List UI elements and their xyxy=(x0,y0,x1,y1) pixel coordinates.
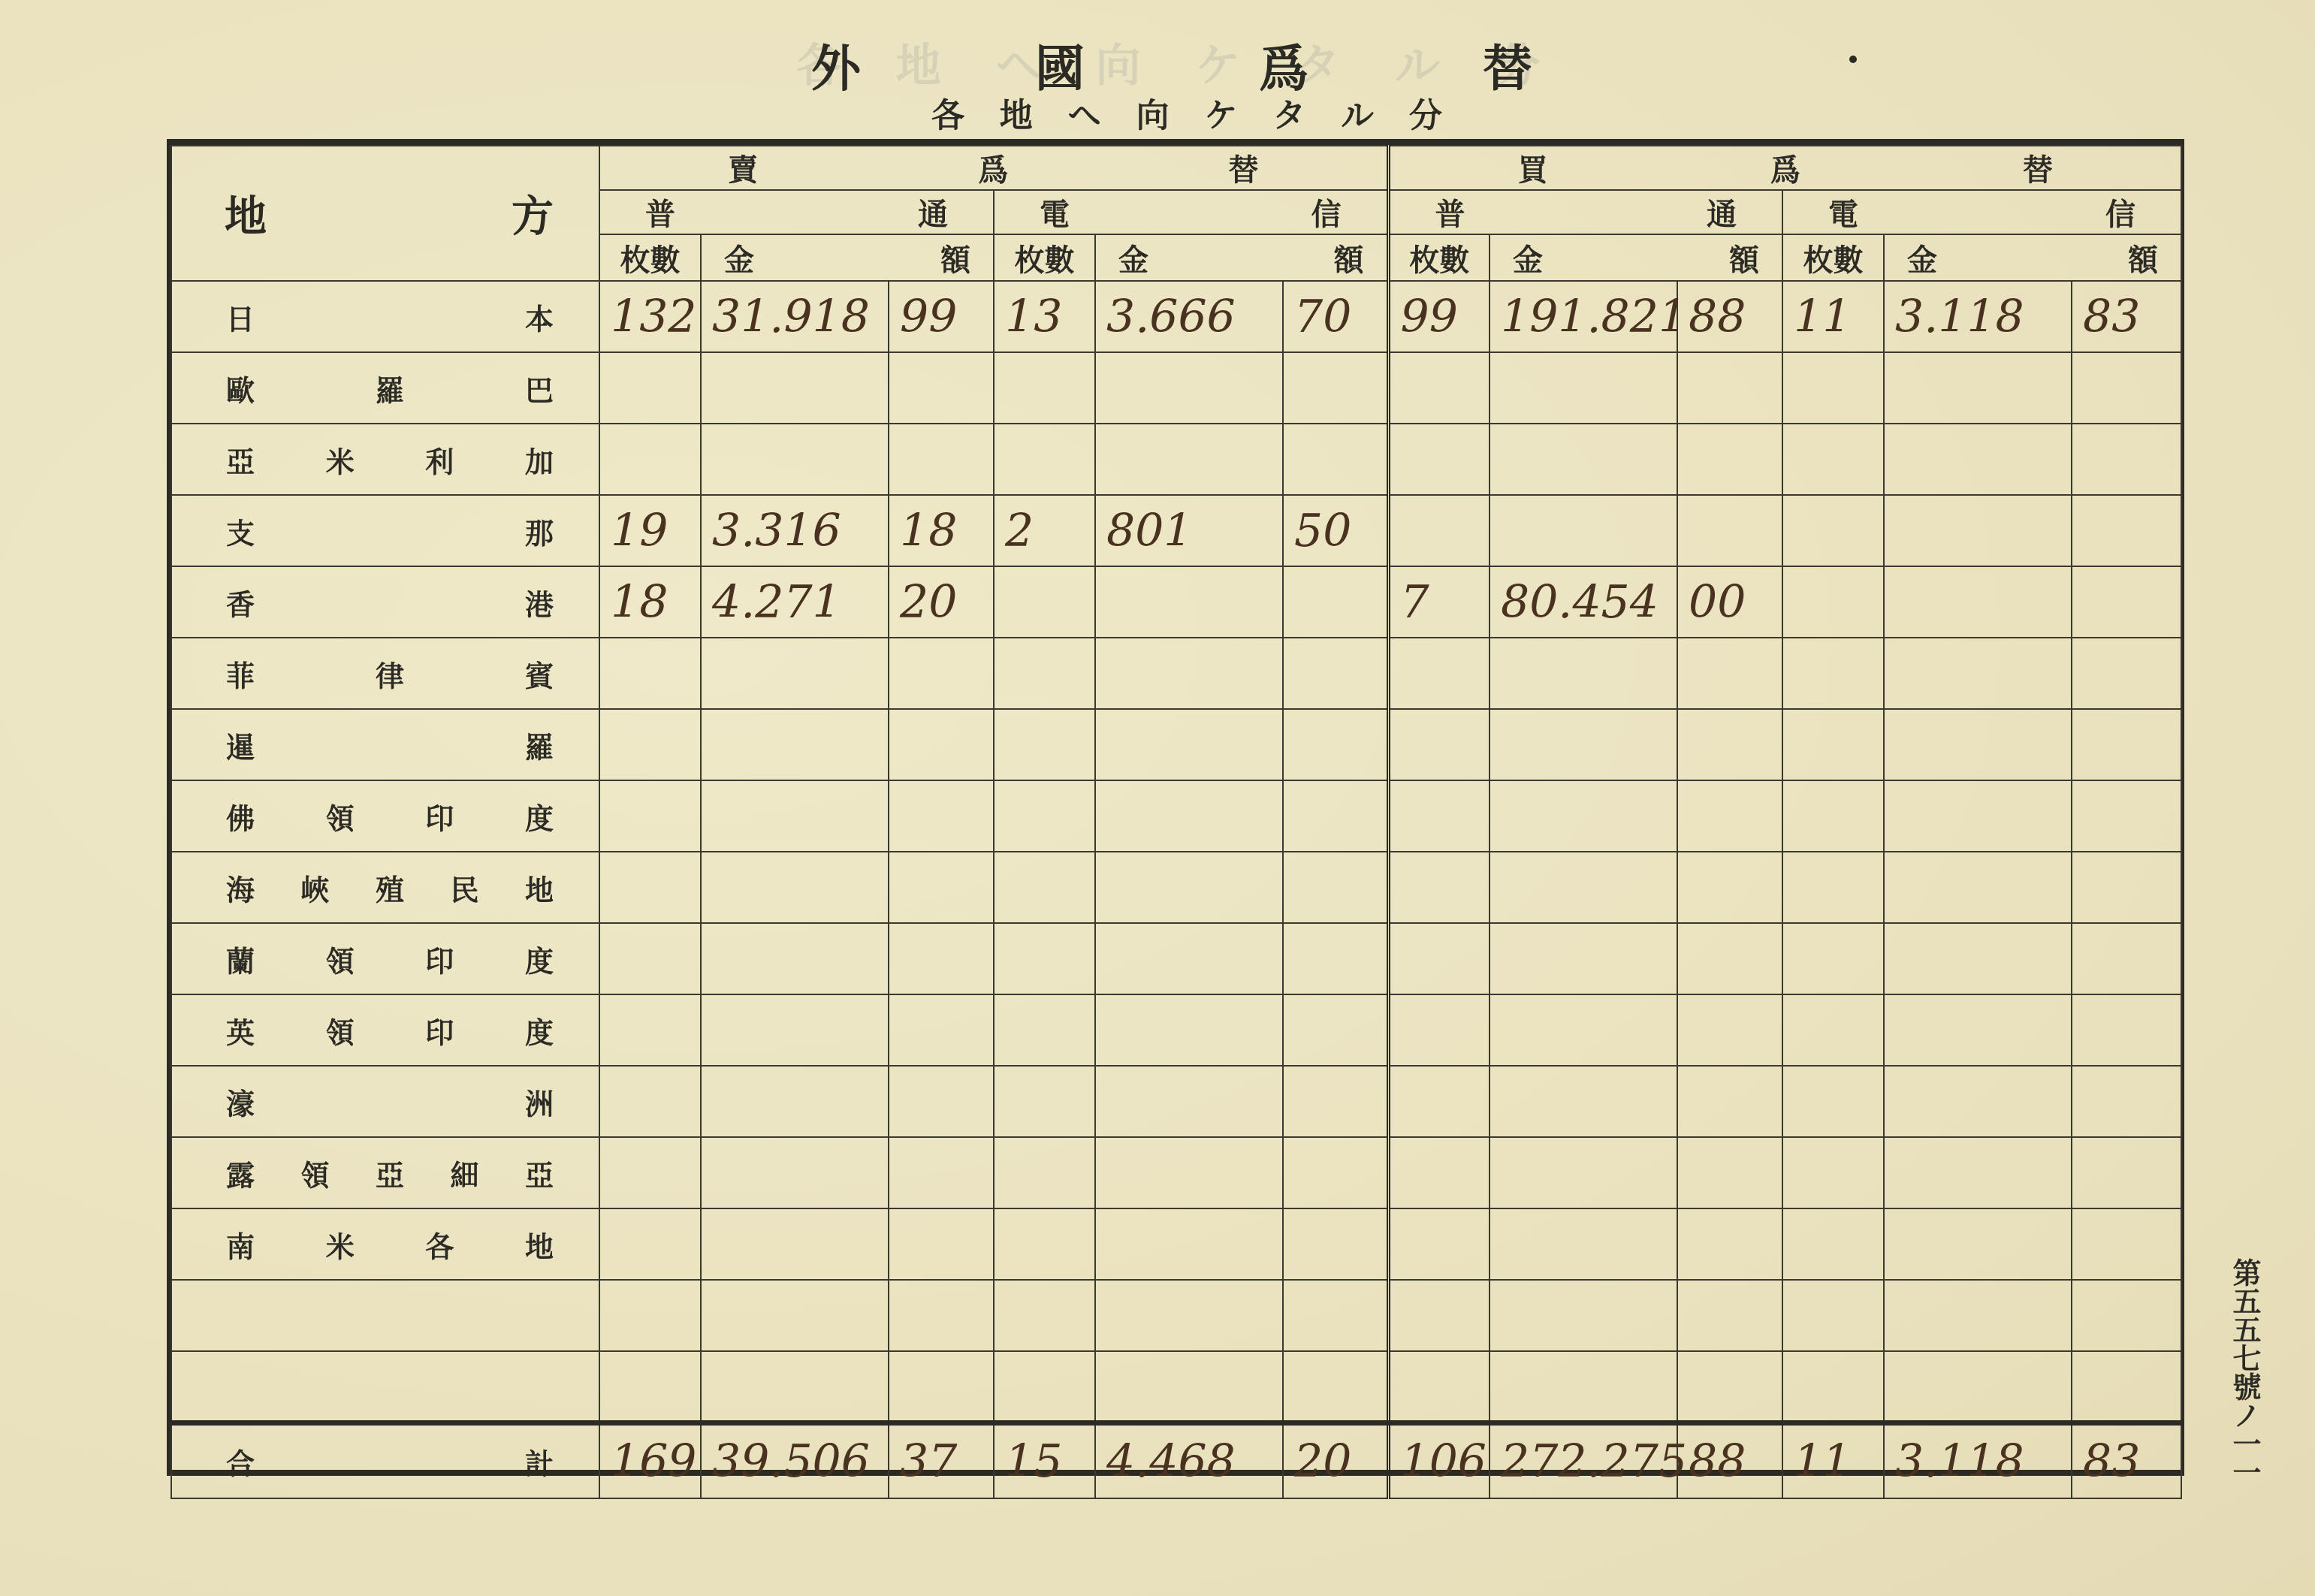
buy-tel-sen-cell xyxy=(2072,566,2181,638)
region-name-char: 領 xyxy=(326,795,355,837)
sell-ord-yen-cell: 3.316 xyxy=(701,495,889,566)
buy-ord-count-cell xyxy=(1388,1137,1490,1208)
sell-tel-yen-cell xyxy=(1095,780,1283,852)
buy-tel-count-cell: 11 xyxy=(1782,1423,1884,1498)
buy-ord-sen-cell xyxy=(1677,1280,1782,1351)
region-name-char: 領 xyxy=(326,938,355,979)
amount-header-char: 金 xyxy=(1513,237,1543,279)
buy-ord-sen-cell xyxy=(1677,1351,1782,1423)
region-name: 香港 xyxy=(172,581,599,623)
buy-ord-yen-cell xyxy=(1490,495,1677,566)
region-name-char: 巴 xyxy=(525,367,554,409)
sell-ord-sen-cell xyxy=(889,923,994,994)
amount-header-label: 金額 xyxy=(1096,237,1387,279)
sell-exchange-header: 賣爲替 xyxy=(599,146,1388,190)
buy-tel-count-cell xyxy=(1782,1280,1884,1351)
region-name-char: 露 xyxy=(226,1152,255,1193)
sell-ord-count-cell xyxy=(599,780,701,852)
sell-tel-count-cell xyxy=(994,1208,1095,1280)
region-name-char: 洲 xyxy=(525,1081,554,1122)
region-name-char: 南 xyxy=(226,1223,255,1265)
sell-ord-yen-cell: 39.506 xyxy=(701,1423,889,1498)
region-name-char: 計 xyxy=(525,1441,554,1482)
region-name-char: 領 xyxy=(300,1152,329,1193)
buy-ord-sen-cell: 88 xyxy=(1677,1423,1782,1498)
buy-tel-yen-cell xyxy=(1884,1066,2072,1137)
region-name-char: 英 xyxy=(226,1009,255,1051)
count-column-header: 枚數 xyxy=(599,234,701,281)
buy-tel-count-cell xyxy=(1782,1351,1884,1423)
region-name-char: 日 xyxy=(226,296,255,337)
sell-tel-yen-cell xyxy=(1095,1351,1283,1423)
buy-ord-sen-cell xyxy=(1677,780,1782,852)
buy-ord-count-cell xyxy=(1388,780,1490,852)
ink-dot xyxy=(1849,56,1857,63)
region-name-char: 亞 xyxy=(226,439,255,480)
buy-tel-sen-cell xyxy=(2072,1351,2181,1423)
amount-header-label: 金額 xyxy=(702,237,993,279)
buy-ordinary-header: 普通 xyxy=(1388,190,1782,234)
sell-ord-sen-cell xyxy=(889,352,994,424)
sell-ord-yen-cell xyxy=(701,1066,889,1137)
region-name-char: 濠 xyxy=(226,1081,255,1122)
buy-ord-sen-cell xyxy=(1677,1137,1782,1208)
buy-ord-yen-cell xyxy=(1490,852,1677,923)
buy-ord-count-cell xyxy=(1388,1280,1490,1351)
subgroup-header-char: 普 xyxy=(645,191,675,234)
buy-tel-sen-cell xyxy=(2072,709,2181,780)
region-name-cell: 合計 xyxy=(171,1423,599,1498)
buy-tel-sen-cell xyxy=(2072,1137,2181,1208)
region-name-char: 羅 xyxy=(376,367,404,409)
region-name-char: 各 xyxy=(425,1223,454,1265)
region-name-char: 細 xyxy=(450,1152,478,1193)
amount-header-label: 金額 xyxy=(1885,237,2181,279)
sell-ord-yen-cell xyxy=(701,638,889,709)
region-name-cell: 支那 xyxy=(171,495,599,566)
buy-tel-sen-cell xyxy=(2072,994,2181,1066)
buy-exchange-header: 買爲替 xyxy=(1388,146,2181,190)
buy-tel-sen-cell xyxy=(2072,852,2181,923)
table-row: 支那193.31618280150 xyxy=(171,495,2181,566)
region-name-cell: 暹羅 xyxy=(171,709,599,780)
sell-tel-sen-cell xyxy=(1283,566,1388,638)
sell-tel-yen-cell xyxy=(1095,566,1283,638)
buy-tel-count-cell xyxy=(1782,495,1884,566)
buy-tel-sen-cell xyxy=(2072,638,2181,709)
buy-tel-yen-cell xyxy=(1884,994,2072,1066)
region-name-char: 領 xyxy=(326,1009,355,1051)
buy-tel-count-cell xyxy=(1782,352,1884,424)
sell-tel-count-cell: 15 xyxy=(994,1423,1095,1498)
sell-tel-yen-cell xyxy=(1095,1066,1283,1137)
group-header-char: 賣 xyxy=(728,146,758,189)
buy-ord-sen-cell xyxy=(1677,923,1782,994)
region-name-char: 合 xyxy=(226,1441,255,1482)
region-name-char: 香 xyxy=(226,581,255,623)
buy-ord-yen-cell xyxy=(1490,1137,1677,1208)
region-name: 支那 xyxy=(172,510,599,551)
table-row: 南米各地 xyxy=(171,1208,2181,1280)
region-name-char: 菲 xyxy=(226,653,255,694)
buy-ord-sen-cell xyxy=(1677,352,1782,424)
amount-column-header: 金額 xyxy=(1095,234,1388,281)
sell-tel-yen-cell xyxy=(1095,923,1283,994)
sell-ord-count-cell xyxy=(599,852,701,923)
sell-tel-sen-cell xyxy=(1283,1208,1388,1280)
subgroup-header-char: 普 xyxy=(1435,191,1465,234)
region-name-char: 米 xyxy=(326,439,355,480)
buy-tel-sen-cell xyxy=(2072,1208,2181,1280)
sell-ord-count-cell: 132 xyxy=(599,281,701,352)
group-header-char: 替 xyxy=(2023,146,2053,189)
buy-ord-sen-cell xyxy=(1677,638,1782,709)
buy-ord-yen-cell xyxy=(1490,352,1677,424)
sell-tel-yen-cell xyxy=(1095,1137,1283,1208)
subtitle-char: 各 xyxy=(931,89,964,137)
buy-ord-yen-cell xyxy=(1490,638,1677,709)
table-row: 濠洲 xyxy=(171,1066,2181,1137)
table-row: 英領印度 xyxy=(171,994,2181,1066)
region-name-char: 那 xyxy=(525,510,554,551)
sell-ord-sen-cell xyxy=(889,1137,994,1208)
sell-ord-sen-cell: 99 xyxy=(889,281,994,352)
region-header-char: 地 xyxy=(225,183,267,243)
subtitle-char: ケ xyxy=(1204,89,1237,137)
region-name-char: 佛 xyxy=(226,795,255,837)
region-header-char: 方 xyxy=(512,183,554,243)
sell-ord-sen-cell xyxy=(889,1066,994,1137)
sell-ord-count-cell xyxy=(599,1351,701,1423)
buy-tel-sen-cell xyxy=(2072,352,2181,424)
sell-tel-yen-cell xyxy=(1095,638,1283,709)
subgroup-header-char: 電 xyxy=(1828,191,1858,234)
buy-tel-count-cell xyxy=(1782,1137,1884,1208)
sell-ord-yen-cell xyxy=(701,709,889,780)
amount-header-char: 金 xyxy=(1907,237,1937,279)
region-name-char: 殖 xyxy=(376,867,404,908)
sell-tel-yen-cell xyxy=(1095,709,1283,780)
region-name: 暹羅 xyxy=(172,724,599,765)
amount-header-char: 額 xyxy=(1729,237,1759,279)
buy-tel-yen-cell xyxy=(1884,1208,2072,1280)
exchange-table: 地方 賣爲替 買爲替 普通 電信 普通 電信 枚數金額枚數金額枚數金額枚數金額 … xyxy=(171,145,2182,1499)
region-name-char: 賓 xyxy=(525,653,554,694)
buy-tel-count-cell: 11 xyxy=(1782,281,1884,352)
subtitle-char: 地 xyxy=(1000,89,1033,137)
sell-tel-sen-cell xyxy=(1283,638,1388,709)
table-row: 歐羅巴 xyxy=(171,352,2181,424)
buy-ord-count-cell xyxy=(1388,994,1490,1066)
sell-ord-count-cell xyxy=(599,709,701,780)
subgroup-header-char: 電 xyxy=(1040,191,1070,234)
region-name-char: 亞 xyxy=(525,1152,554,1193)
subtitle-char: へ xyxy=(1068,89,1101,137)
sell-ord-yen-cell xyxy=(701,1208,889,1280)
page-subtitle: 各地へ向ケタル分 xyxy=(931,89,1442,137)
sell-tel-count-cell xyxy=(994,1351,1095,1423)
buy-ord-yen-cell: 191.821 xyxy=(1490,281,1677,352)
sell-tel-yen-cell xyxy=(1095,1208,1283,1280)
count-column-header: 枚數 xyxy=(994,234,1095,281)
amount-header-char: 額 xyxy=(2128,237,2158,279)
sell-ord-yen-cell xyxy=(701,424,889,495)
region-name: 蘭領印度 xyxy=(172,938,599,979)
buy-tel-count-cell xyxy=(1782,1066,1884,1137)
sell-tel-count-cell xyxy=(994,994,1095,1066)
region-name-char: 峽 xyxy=(300,867,329,908)
buy-ord-sen-cell xyxy=(1677,424,1782,495)
sell-ord-sen-cell xyxy=(889,852,994,923)
sell-tel-yen-cell xyxy=(1095,424,1283,495)
region-name-cell: 海峽殖民地 xyxy=(171,852,599,923)
sell-ord-count-cell xyxy=(599,1066,701,1137)
sell-ord-yen-cell xyxy=(701,852,889,923)
buy-ord-count-cell xyxy=(1388,495,1490,566)
region-name-char: 度 xyxy=(525,795,554,837)
buy-tel-yen-cell: 3.118 xyxy=(1884,1423,2072,1498)
region-name-char: 律 xyxy=(376,653,404,694)
sell-ord-count-cell: 169 xyxy=(599,1423,701,1498)
buy-tel-sen-cell xyxy=(2072,495,2181,566)
sell-tel-sen-cell xyxy=(1283,424,1388,495)
region-name-char: 利 xyxy=(425,439,454,480)
table-row: 露領亞細亞 xyxy=(171,1137,2181,1208)
region-name-char: 地 xyxy=(525,1223,554,1265)
buy-tel-count-cell xyxy=(1782,709,1884,780)
region-name-cell: 歐羅巴 xyxy=(171,352,599,424)
region-name-cell: 南米各地 xyxy=(171,1208,599,1280)
region-name-cell xyxy=(171,1351,599,1423)
sell-tel-count-cell xyxy=(994,780,1095,852)
buy-ord-count-cell: 7 xyxy=(1388,566,1490,638)
buy-tel-count-cell xyxy=(1782,852,1884,923)
buy-ord-count-cell xyxy=(1388,1351,1490,1423)
sell-tel-sen-cell xyxy=(1283,852,1388,923)
region-name: 濠洲 xyxy=(172,1081,599,1122)
buy-ord-count-cell xyxy=(1388,352,1490,424)
buy-ord-sen-cell: 88 xyxy=(1677,281,1782,352)
sell-tel-yen-cell: 801 xyxy=(1095,495,1283,566)
buy-ord-sen-cell xyxy=(1677,994,1782,1066)
sell-tel-sen-cell: 20 xyxy=(1283,1423,1388,1498)
sell-tel-count-cell xyxy=(994,352,1095,424)
buy-ord-count-cell xyxy=(1388,1066,1490,1137)
region-name-char: 民 xyxy=(450,867,478,908)
sell-ord-sen-cell: 20 xyxy=(889,566,994,638)
buy-tel-sen-cell: 83 xyxy=(2072,1423,2181,1498)
buy-ord-count-cell: 99 xyxy=(1388,281,1490,352)
region-name-cell: 露領亞細亞 xyxy=(171,1137,599,1208)
region-name-cell: 日本 xyxy=(171,281,599,352)
subgroup-header-char: 信 xyxy=(2105,191,2135,234)
region-name: 日本 xyxy=(172,296,599,337)
sell-tel-count-cell xyxy=(994,424,1095,495)
sell-ord-count-cell xyxy=(599,1208,701,1280)
sell-ord-count-cell xyxy=(599,638,701,709)
region-name: 露領亞細亞 xyxy=(172,1152,599,1193)
sell-ord-count-cell xyxy=(599,352,701,424)
region-name-char: 印 xyxy=(425,795,454,837)
table-row xyxy=(171,1351,2181,1423)
sell-tel-count-cell xyxy=(994,638,1095,709)
amount-header-char: 額 xyxy=(940,237,970,279)
amount-header-char: 金 xyxy=(1118,237,1148,279)
amount-header-char: 金 xyxy=(724,237,754,279)
region-name: 合計 xyxy=(172,1441,599,1482)
sell-ord-sen-cell xyxy=(889,1280,994,1351)
sell-ord-yen-cell xyxy=(701,994,889,1066)
sell-tel-sen-cell xyxy=(1283,780,1388,852)
sell-ord-count-cell xyxy=(599,923,701,994)
buy-ord-sen-cell xyxy=(1677,1066,1782,1137)
count-column-header: 枚數 xyxy=(1388,234,1490,281)
sell-tel-yen-cell: 4.468 xyxy=(1095,1423,1283,1498)
region-name: 海峽殖民地 xyxy=(172,867,599,908)
region-name-cell: 亞米利加 xyxy=(171,424,599,495)
sell-ord-sen-cell xyxy=(889,780,994,852)
sell-ord-yen-cell xyxy=(701,1351,889,1423)
subgroup-header-char: 通 xyxy=(918,191,948,234)
buy-tel-count-cell xyxy=(1782,638,1884,709)
sell-ord-yen-cell xyxy=(701,1280,889,1351)
buy-tel-count-cell xyxy=(1782,923,1884,994)
sell-tel-count-cell: 13 xyxy=(994,281,1095,352)
buy-tel-count-cell xyxy=(1782,566,1884,638)
buy-tel-sen-cell xyxy=(2072,424,2181,495)
buy-tel-yen-cell xyxy=(1884,780,2072,852)
buy-ord-yen-cell xyxy=(1490,994,1677,1066)
buy-ord-yen-cell xyxy=(1490,424,1677,495)
buy-ord-yen-cell xyxy=(1490,1280,1677,1351)
buy-ord-yen-cell xyxy=(1490,1066,1677,1137)
buy-tel-yen-cell xyxy=(1884,638,2072,709)
region-name-char: 加 xyxy=(525,439,554,480)
buy-ord-count-cell xyxy=(1388,852,1490,923)
buy-ord-yen-cell xyxy=(1490,1351,1677,1423)
table-row: 佛領印度 xyxy=(171,780,2181,852)
sell-tel-yen-cell xyxy=(1095,352,1283,424)
buy-tel-yen-cell xyxy=(1884,852,2072,923)
buy-ord-yen-cell xyxy=(1490,923,1677,994)
amount-header-char: 額 xyxy=(1334,237,1364,279)
buy-tel-yen-cell xyxy=(1884,1280,2072,1351)
amount-header-label: 金額 xyxy=(1490,237,1782,279)
sell-tel-yen-cell xyxy=(1095,1280,1283,1351)
buy-ord-count-cell xyxy=(1388,638,1490,709)
title-char: 替 xyxy=(1483,29,1532,100)
region-name-cell xyxy=(171,1280,599,1351)
region-name-char: 亞 xyxy=(376,1152,404,1193)
sell-ord-count-cell: 19 xyxy=(599,495,701,566)
sell-ord-yen-cell xyxy=(701,923,889,994)
buy-tel-sen-cell xyxy=(2072,780,2181,852)
buy-ord-yen-cell: 272.275 xyxy=(1490,1423,1677,1498)
region-name-char: 印 xyxy=(425,938,454,979)
region-name: 亞米利加 xyxy=(172,439,599,480)
sell-ord-sen-cell xyxy=(889,709,994,780)
region-name-char: 本 xyxy=(525,296,554,337)
buy-ord-count-cell xyxy=(1388,709,1490,780)
region-name-char: 羅 xyxy=(525,724,554,765)
buy-ord-yen-cell xyxy=(1490,1208,1677,1280)
table-row: 亞米利加 xyxy=(171,424,2181,495)
sell-tel-yen-cell xyxy=(1095,852,1283,923)
sell-ord-sen-cell xyxy=(889,1351,994,1423)
region-name-cell: 菲律賓 xyxy=(171,638,599,709)
sell-tel-count-cell xyxy=(994,709,1095,780)
sell-ord-yen-cell xyxy=(701,1137,889,1208)
region-name-cell: 佛領印度 xyxy=(171,780,599,852)
region-name-cell: 蘭領印度 xyxy=(171,923,599,994)
region-name-char: 港 xyxy=(525,581,554,623)
region-name-char: 海 xyxy=(226,867,255,908)
sell-tel-sen-cell: 70 xyxy=(1283,281,1388,352)
title-char: 外 xyxy=(811,29,861,100)
count-column-header: 枚數 xyxy=(1782,234,1884,281)
buy-ord-yen-cell xyxy=(1490,780,1677,852)
region-name-char: 米 xyxy=(326,1223,355,1265)
group-header-char: 爲 xyxy=(978,146,1008,189)
table-row: 暹羅 xyxy=(171,709,2181,780)
buy-ord-yen-cell xyxy=(1490,709,1677,780)
sell-tel-count-cell xyxy=(994,1137,1095,1208)
buy-ord-count-cell xyxy=(1388,1208,1490,1280)
buy-tel-yen-cell: 3.118 xyxy=(1884,281,2072,352)
buy-tel-yen-cell xyxy=(1884,1137,2072,1208)
region-name: 歐羅巴 xyxy=(172,367,599,409)
buy-tel-count-cell xyxy=(1782,424,1884,495)
exchange-table-frame: 地方 賣爲替 買爲替 普通 電信 普通 電信 枚數金額枚數金額枚數金額枚數金額 … xyxy=(167,139,2184,1476)
sell-tel-sen-cell xyxy=(1283,1351,1388,1423)
region-name-char: 暹 xyxy=(226,724,255,765)
subtitle-char: 分 xyxy=(1409,89,1442,137)
buy-ord-count-cell xyxy=(1388,424,1490,495)
sell-ord-sen-cell: 37 xyxy=(889,1423,994,1498)
amount-column-header: 金額 xyxy=(701,234,994,281)
sell-ord-yen-cell xyxy=(701,352,889,424)
region-column-header: 地方 xyxy=(171,146,599,281)
table-row: 菲律賓 xyxy=(171,638,2181,709)
buy-tel-yen-cell xyxy=(1884,495,2072,566)
region-name-char: 地 xyxy=(525,867,554,908)
group-header-char: 替 xyxy=(1229,146,1259,189)
region-name-char: 歐 xyxy=(226,367,255,409)
total-row: 合計16939.50637154.46820106272.27588113.11… xyxy=(171,1423,2181,1498)
buy-ord-count-cell xyxy=(1388,923,1490,994)
sell-ord-count-cell: 18 xyxy=(599,566,701,638)
subgroup-header-char: 信 xyxy=(1311,191,1342,234)
sell-tel-yen-cell: 3.666 xyxy=(1095,281,1283,352)
sell-tel-count-cell xyxy=(994,923,1095,994)
sell-telegraphic-header: 電信 xyxy=(994,190,1388,234)
sell-ord-count-cell xyxy=(599,1280,701,1351)
amount-column-header: 金額 xyxy=(1490,234,1782,281)
region-name-cell: 香港 xyxy=(171,566,599,638)
buy-ord-sen-cell xyxy=(1677,495,1782,566)
sell-ord-yen-cell xyxy=(701,780,889,852)
region-name: 英領印度 xyxy=(172,1009,599,1051)
sell-tel-count-cell xyxy=(994,1280,1095,1351)
buy-tel-count-cell xyxy=(1782,780,1884,852)
sell-tel-sen-cell xyxy=(1283,1280,1388,1351)
amount-column-header: 金額 xyxy=(1884,234,2181,281)
sell-ordinary-header: 普通 xyxy=(599,190,994,234)
sell-tel-sen-cell xyxy=(1283,709,1388,780)
region-name-char: 印 xyxy=(425,1009,454,1051)
sell-ord-count-cell xyxy=(599,424,701,495)
sell-tel-sen-cell xyxy=(1283,1066,1388,1137)
